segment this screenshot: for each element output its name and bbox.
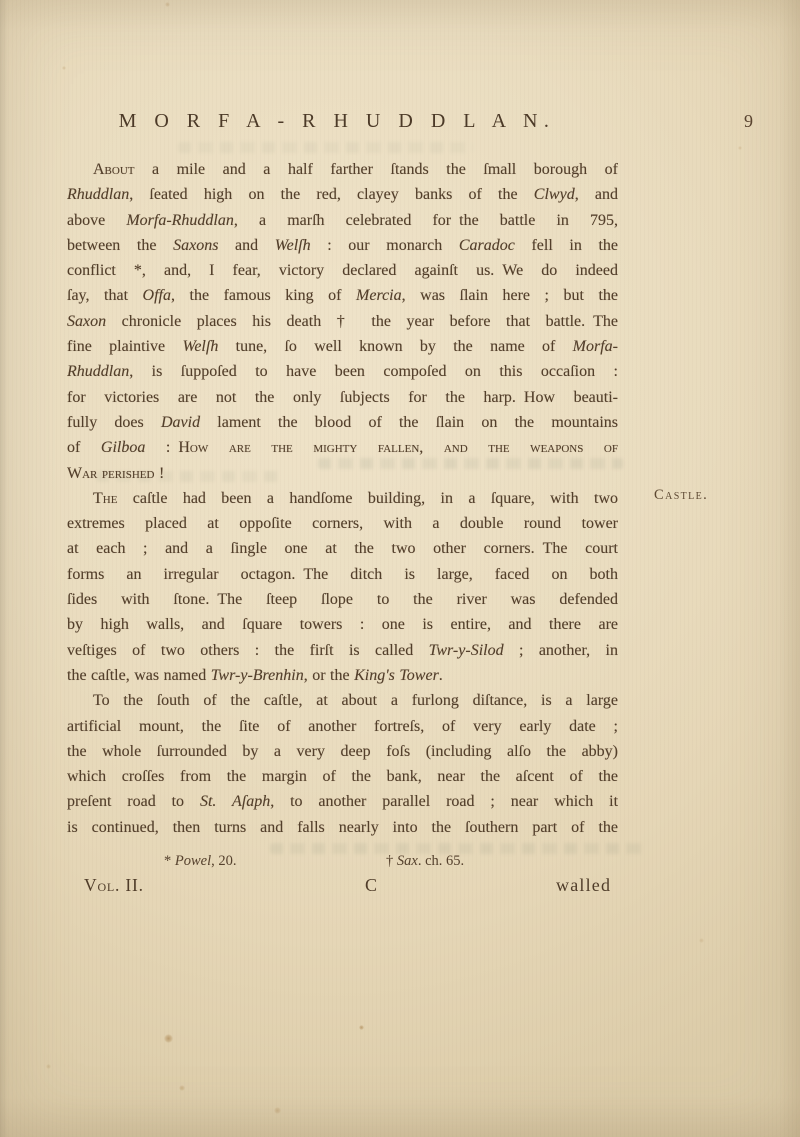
text-segment: Sax [397, 853, 418, 869]
text-segment: artificial mount, the ſite of another fo… [67, 718, 618, 735]
show-through-smudge [178, 142, 473, 153]
text-segment: Clwyd [534, 186, 575, 203]
text-segment: forms an irregular octagon. The ditch is… [67, 566, 618, 583]
text-segment: between the [67, 237, 173, 254]
text-segment: David [161, 414, 200, 431]
text-segment: : our monarch [311, 237, 459, 254]
text-segment: chronicle places his death † the year be… [106, 313, 618, 330]
text-segment: , ſeated high on the red, clayey banks o… [129, 186, 534, 203]
text-segment: , or the [304, 667, 354, 684]
text-segment: , to another parallel road ; near which … [270, 793, 618, 810]
text-line: Rhuddlan, ſeated high on the red, clayey… [67, 182, 618, 207]
text-line: the caſtle, was named Twr-y-Brenhin, or … [67, 663, 618, 688]
text-line: the whole ſurrounded by a very deep foſs… [67, 739, 618, 764]
text-segment: fine plaintive [67, 338, 182, 355]
text-segment: † [386, 853, 397, 869]
text-line: is continued, then turns and falls nearl… [67, 815, 618, 840]
signature-letter: C [365, 875, 377, 896]
text-line: above Morfa-Rhuddlan, a marſh celebrated… [67, 208, 618, 233]
text-line: fine plaintive Welſh tune, ſo well known… [67, 334, 618, 359]
text-segment: fell in the [515, 237, 618, 254]
text-segment: fully does [67, 414, 161, 431]
text-line: The caſtle had been a handſome building,… [67, 486, 618, 511]
text-line: War perished ! [67, 461, 618, 486]
text-segment: , the famous king of [171, 287, 356, 304]
volume-label: Vol. II. [84, 875, 144, 896]
text-segment: by high walls, and ſquare towers : one i… [67, 616, 618, 633]
text-line: fully does David lament the blood of the… [67, 410, 618, 435]
text-segment: Powel [175, 853, 211, 869]
text-segment: Saxon [67, 313, 106, 330]
text-segment: About [93, 161, 135, 178]
text-segment: which croſſes from the margin of the ban… [67, 768, 618, 785]
text-segment: Gilboa [101, 439, 145, 456]
text-segment: preſent road to [67, 793, 200, 810]
text-line: which croſſes from the margin of the ban… [67, 764, 618, 789]
text-segment: Twr-y-Silod [429, 642, 504, 659]
text-segment: Twr-y-Brenhin [211, 667, 304, 684]
foxing-spot [179, 1085, 185, 1091]
text-segment: , and [575, 186, 618, 203]
text-segment: ; another, in [504, 642, 618, 659]
text-segment: Welſh [275, 237, 311, 254]
text-segment: lament the blood of the ſlain on the mou… [200, 414, 618, 431]
text-segment: . [439, 667, 443, 684]
text-segment: ſides with ſtone. The ſteep ſlope to the… [67, 591, 618, 608]
foxing-spot [738, 146, 742, 150]
page-number: 9 [744, 111, 753, 132]
text-segment: at each ; and a ſingle one at the two ot… [67, 540, 618, 557]
text-segment: Morfa-Rhuddlan [126, 212, 234, 229]
text-line: veſtiges of two others : the firſt is ca… [67, 638, 618, 663]
text-segment: for victories are not the only ſubjects … [67, 389, 618, 406]
text-segment: To the ſouth of the caſtle, at about a f… [93, 692, 618, 709]
foxing-spot [62, 66, 66, 70]
footnote-sax: † Sax. ch. 65. [386, 853, 464, 870]
catchword: walled [556, 875, 611, 896]
text-segment: , is ſuppoſed to have been compoſed on t… [129, 363, 618, 380]
text-line: conflict *, and, I fear, victory declare… [67, 258, 618, 283]
foxing-spot [46, 1064, 51, 1069]
footnote-powel: * Powel, 20. [164, 853, 237, 870]
book-page: M O R F A - R H U D D L A N. 9 Castle. A… [0, 0, 800, 1137]
text-line: of Gilboa : How are the mighty fallen, a… [67, 435, 618, 460]
text-segment: . ch. 65. [418, 853, 464, 869]
text-segment: is continued, then turns and falls nearl… [67, 819, 618, 836]
text-segment: conflict *, and, I fear, victory declare… [67, 262, 618, 279]
text-segment: . II. [115, 875, 144, 895]
text-segment: extremes placed at oppoſite corners, wit… [67, 515, 618, 532]
text-segment: tune, ſo well known by the name of [218, 338, 572, 355]
foxing-spot [274, 1107, 281, 1114]
foxing-spot [165, 2, 170, 7]
text-segment: Rhuddlan [67, 363, 129, 380]
text-segment: How are the mighty fallen, and the weapo… [178, 439, 618, 456]
text-segment: St. Aſaph [200, 793, 270, 810]
text-line: ſides with ſtone. The ſteep ſlope to the… [67, 587, 618, 612]
text-segment: and [218, 237, 274, 254]
text-line: artificial mount, the ſite of another fo… [67, 714, 618, 739]
text-segment: , a marſh celebrated for the battle in 7… [234, 212, 618, 229]
text-line: extremes placed at oppoſite corners, wit… [67, 511, 618, 536]
text-line: Rhuddlan, is ſuppoſed to have been compo… [67, 359, 618, 384]
foxing-spot [699, 938, 704, 943]
text-segment: Vol [84, 875, 115, 895]
text-segment: * [164, 853, 175, 869]
foxing-spot [164, 1034, 173, 1043]
text-segment: , was ſlain here ; but the [402, 287, 618, 304]
text-line: About a mile and a half farther ſtands t… [67, 157, 618, 182]
text-segment: King's Tower [354, 667, 439, 684]
text-segment: a mile and a half farther ſtands the ſma… [135, 161, 619, 178]
text-segment: veſtiges of two others : the firſt is ca… [67, 642, 429, 659]
text-line: for victories are not the only ſubjects … [67, 385, 618, 410]
text-segment: Rhuddlan [67, 186, 129, 203]
text-segment: ſay, that [67, 287, 143, 304]
text-line: forms an irregular octagon. The ditch is… [67, 562, 618, 587]
text-line: preſent road to St. Aſaph, to another pa… [67, 789, 618, 814]
text-line: ſay, that Offa, the famous king of Merci… [67, 283, 618, 308]
text-segment: Welſh [182, 338, 218, 355]
text-segment: Morfa- [573, 338, 618, 355]
text-segment: the caſtle, was named [67, 667, 211, 684]
text-segment: of [67, 439, 101, 456]
text-segment: , 20. [211, 853, 236, 869]
foxing-spot [359, 1025, 364, 1030]
text-segment: The [93, 490, 117, 507]
text-line: To the ſouth of the caſtle, at about a f… [67, 688, 618, 713]
text-segment: War perished ! [67, 465, 164, 482]
text-line: by high walls, and ſquare towers : one i… [67, 612, 618, 637]
text-line: Saxon chronicle places his death † the y… [67, 309, 618, 334]
text-line: at each ; and a ſingle one at the two ot… [67, 536, 618, 561]
body-text: About a mile and a half farther ſtands t… [67, 157, 618, 840]
text-segment: Saxons [173, 237, 218, 254]
text-segment: Offa [143, 287, 171, 304]
text-segment: Mercia [356, 287, 402, 304]
running-head: M O R F A - R H U D D L A N. [67, 109, 607, 133]
text-segment: caſtle had been a handſome building, in … [117, 490, 618, 507]
text-segment: Caradoc [459, 237, 515, 254]
text-segment: the whole ſurrounded by a very deep foſs… [67, 743, 618, 760]
text-line: between the Saxons and Welſh : our monar… [67, 233, 618, 258]
text-segment: : [145, 439, 178, 456]
margin-note-castle: Castle. [654, 487, 708, 504]
text-segment: above [67, 212, 126, 229]
